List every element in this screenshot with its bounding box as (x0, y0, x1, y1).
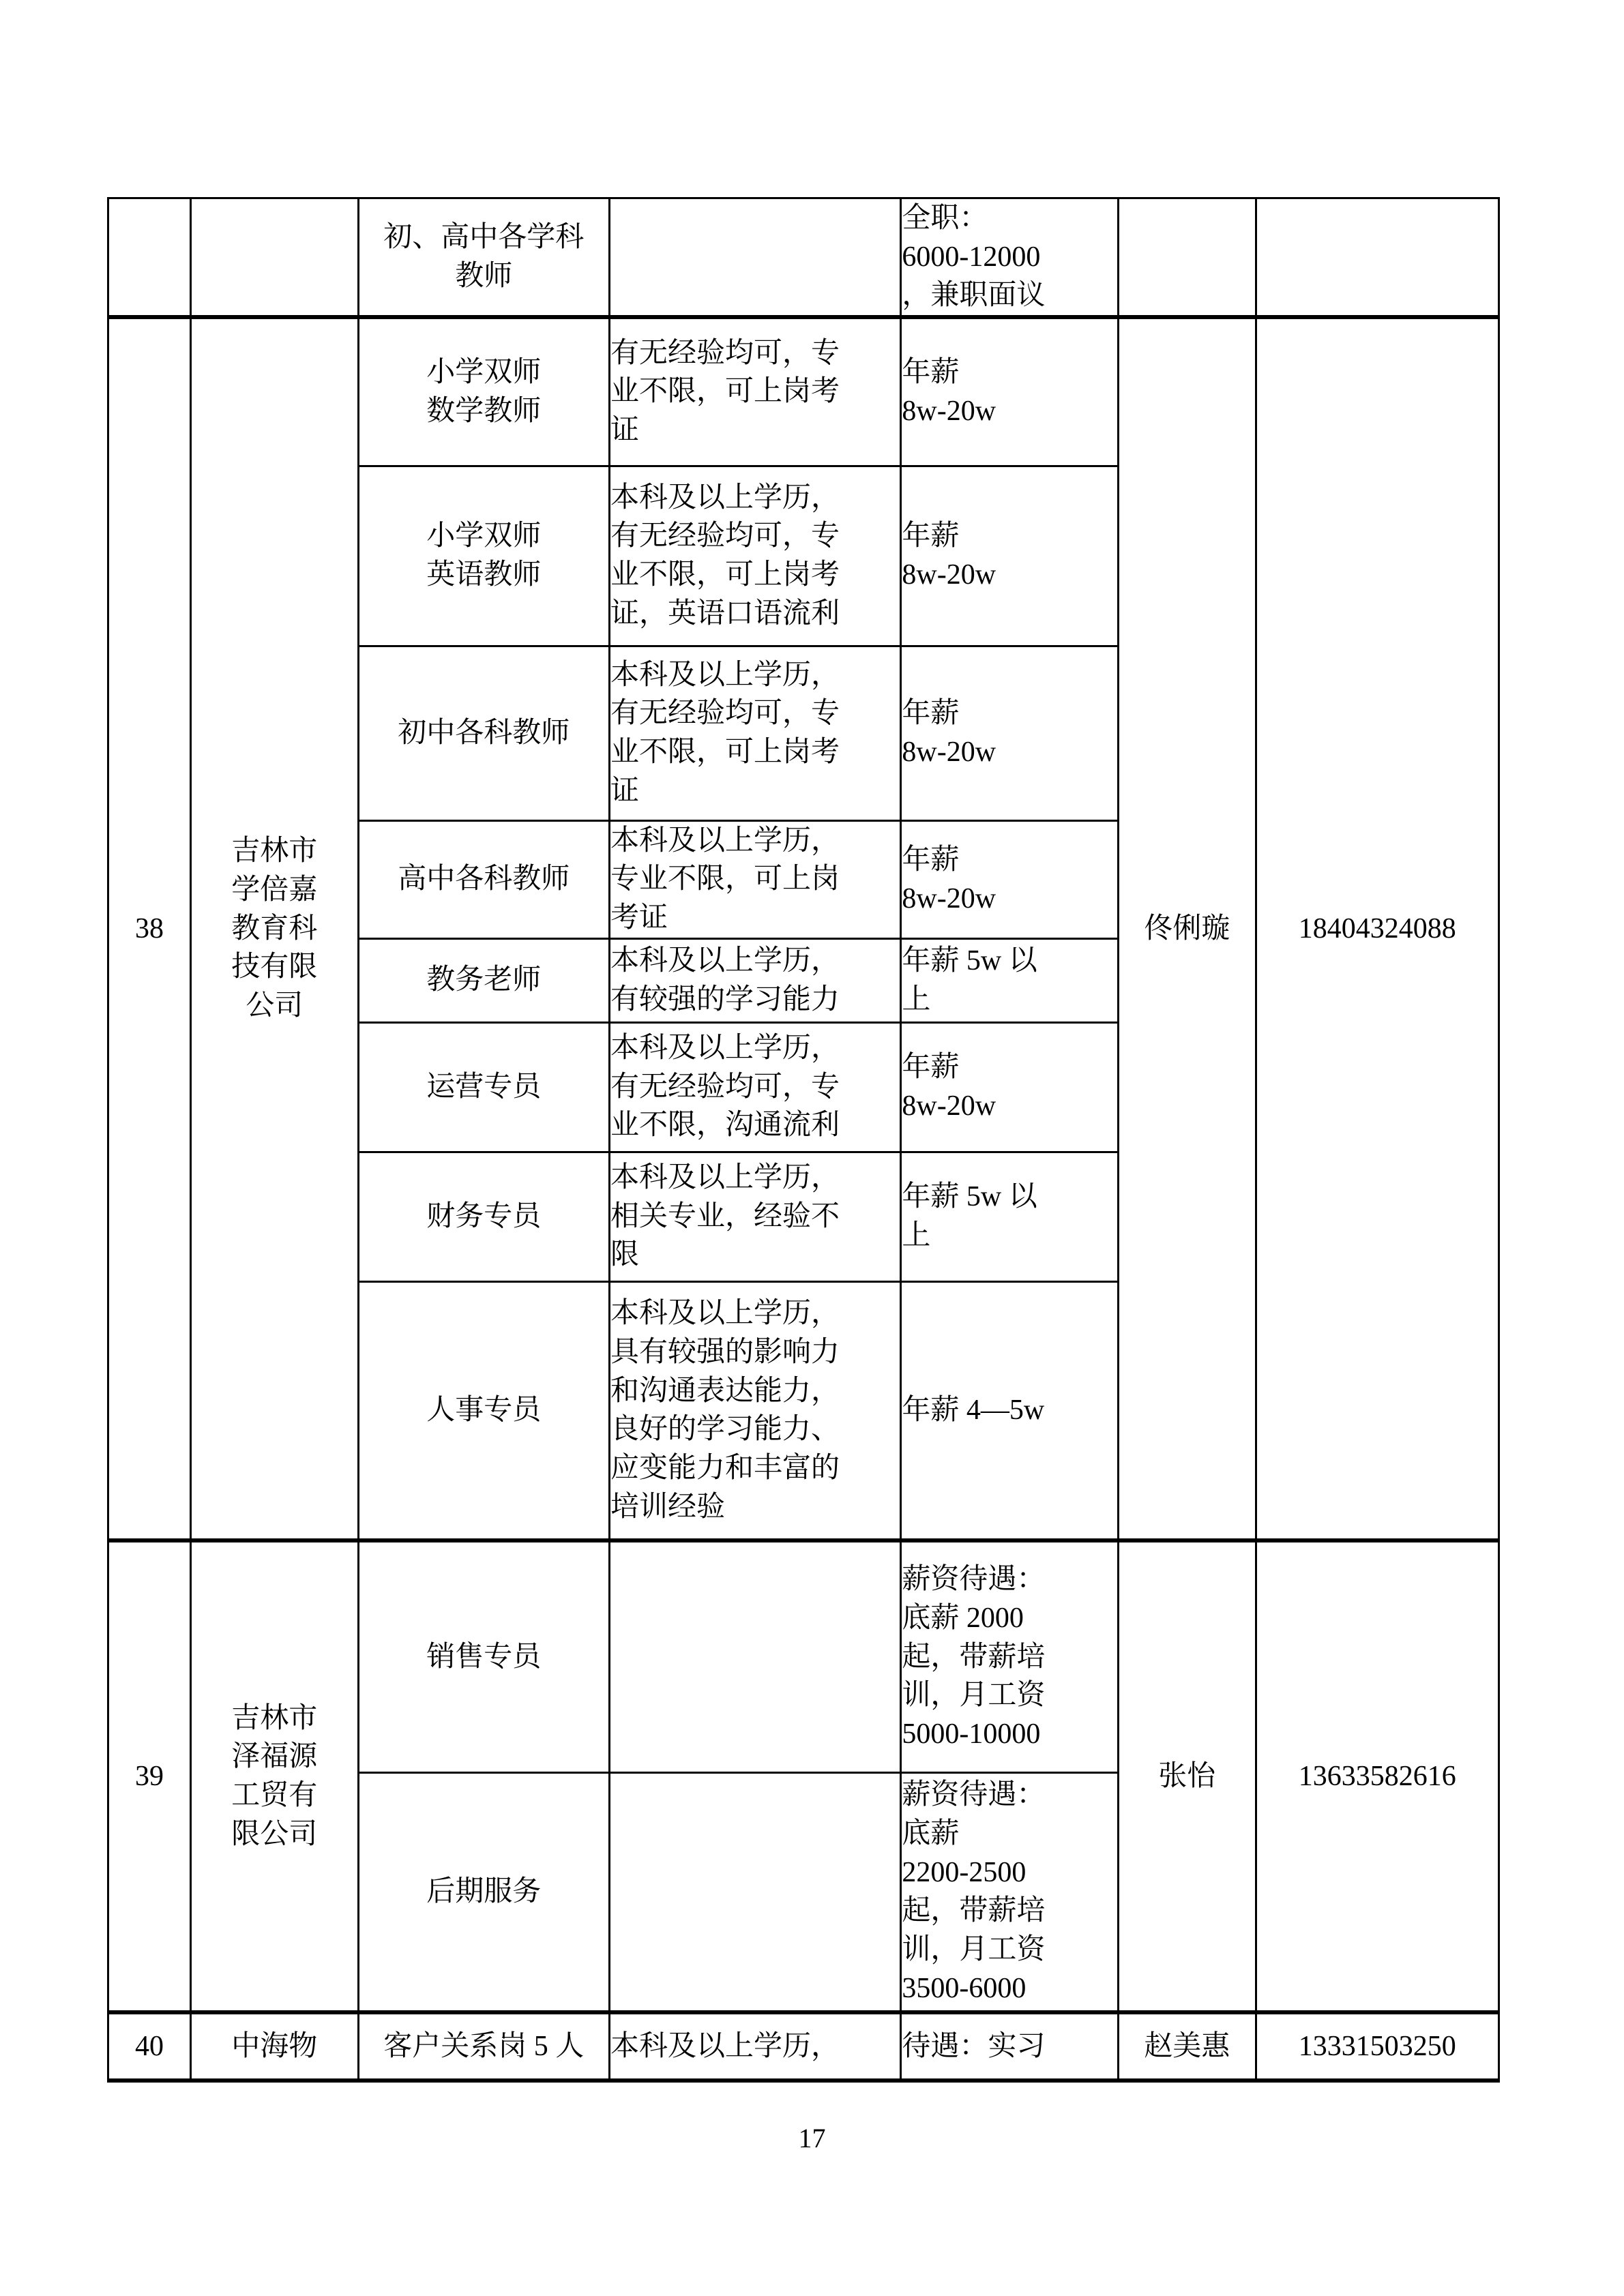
cell-salary: 年薪 5w 以 上 (901, 1152, 1118, 1281)
cell-position: 人事专员 (358, 1281, 609, 1540)
cell-requirements: 有无经验均可，专 业不限，可上岗考 证 (610, 317, 901, 466)
cell-salary: 年薪 8w-20w (901, 646, 1118, 820)
cell-contact: 张怡 (1118, 1540, 1256, 2012)
cell-contact: 赵美惠 (1118, 2012, 1256, 2081)
cell-position: 小学双师 英语教师 (358, 466, 609, 646)
cell-requirements: 本科及以上学历， 有较强的学习能力 (610, 938, 901, 1022)
cell-contact (1118, 198, 1256, 318)
block-40: 40 中海物 客户关系岗 5 人 本科及以上学历， 待遇：实习 赵美惠 1333… (108, 2012, 1499, 2081)
cell-salary: 年薪 8w-20w (901, 1022, 1118, 1152)
cell-company: 吉林市 学倍嘉 教育科 技有限 公司 (190, 317, 358, 1540)
cell-position: 高中各科教师 (358, 820, 609, 938)
cell-salary: 薪资待遇： 底薪 2200-2500 起，带薪培 训，月工资 3500-6000 (901, 1772, 1118, 2012)
cell-requirements: 本科及以上学历， 相关专业，经验不 限 (610, 1152, 901, 1281)
cell-requirements: 本科及以上学历， 有无经验均可，专 业不限，可上岗考 证，英语口语流利 (610, 466, 901, 646)
cell-salary: 年薪 8w-20w (901, 466, 1118, 646)
block-38: 38 吉林市 学倍嘉 教育科 技有限 公司 小学双师 数学教师 有无经验均可，专… (108, 317, 1499, 1540)
cell-salary: 薪资待遇： 底薪 2000 起，带薪培 训，月工资 5000-10000 (901, 1540, 1118, 1772)
cell-requirements: 本科及以上学历， 有无经验均可，专 业不限，沟通流利 (610, 1022, 901, 1152)
cell-salary: 全职： 6000-12000 ，兼职面议 (901, 198, 1118, 318)
page-number: 17 (0, 2122, 1624, 2154)
cell-number: 40 (108, 2012, 191, 2081)
cell-position: 后期服务 (358, 1772, 609, 2012)
cell-requirements (610, 1540, 901, 1772)
cell-contact: 佟俐璇 (1118, 317, 1256, 1540)
cell-company (190, 198, 358, 318)
cell-requirements (610, 1772, 901, 2012)
cell-number (108, 198, 191, 318)
block-39: 39 吉林市 泽福源 工贸有 限公司 销售专员 薪资待遇： 底薪 2000 起，… (108, 1540, 1499, 2012)
table-row: 40 中海物 客户关系岗 5 人 本科及以上学历， 待遇：实习 赵美惠 1333… (108, 2012, 1499, 2081)
cell-requirements: 本科及以上学历， (610, 2012, 901, 2081)
cell-position: 小学双师 数学教师 (358, 317, 609, 466)
cell-requirements: 本科及以上学历， 专业不限，可上岗 考证 (610, 820, 901, 938)
cell-requirements (610, 198, 901, 318)
cell-position: 财务专员 (358, 1152, 609, 1281)
cell-number: 38 (108, 317, 191, 1540)
cell-phone: 18404324088 (1256, 317, 1498, 1540)
table-row: 初、高中各学科 教师 全职： 6000-12000 ，兼职面议 (108, 198, 1499, 318)
table-row: 38 吉林市 学倍嘉 教育科 技有限 公司 小学双师 数学教师 有无经验均可，专… (108, 317, 1499, 466)
cell-salary: 待遇：实习 (901, 2012, 1118, 2081)
job-table: 初、高中各学科 教师 全职： 6000-12000 ，兼职面议 38 吉林市 学… (107, 197, 1500, 2083)
table-row: 39 吉林市 泽福源 工贸有 限公司 销售专员 薪资待遇： 底薪 2000 起，… (108, 1540, 1499, 1772)
cell-company: 吉林市 泽福源 工贸有 限公司 (190, 1540, 358, 2012)
cell-requirements: 本科及以上学历， 具有较强的影响力 和沟通表达能力， 良好的学习能力、 应变能力… (610, 1281, 901, 1540)
document-page: 初、高中各学科 教师 全职： 6000-12000 ，兼职面议 38 吉林市 学… (0, 0, 1624, 2296)
cell-position: 教务老师 (358, 938, 609, 1022)
cell-position: 销售专员 (358, 1540, 609, 1772)
cell-company: 中海物 (190, 2012, 358, 2081)
cell-position: 初中各科教师 (358, 646, 609, 820)
cell-position: 客户关系岗 5 人 (358, 2012, 609, 2081)
block-continuation: 初、高中各学科 教师 全职： 6000-12000 ，兼职面议 (108, 198, 1499, 318)
cell-phone (1256, 198, 1498, 318)
cell-position: 初、高中各学科 教师 (358, 198, 609, 318)
cell-requirements: 本科及以上学历， 有无经验均可，专 业不限，可上岗考 证 (610, 646, 901, 820)
cell-salary: 年薪 8w-20w (901, 317, 1118, 466)
cell-position: 运营专员 (358, 1022, 609, 1152)
cell-salary: 年薪 5w 以 上 (901, 938, 1118, 1022)
cell-phone: 13331503250 (1256, 2012, 1498, 2081)
cell-number: 39 (108, 1540, 191, 2012)
cell-phone: 13633582616 (1256, 1540, 1498, 2012)
cell-salary: 年薪 4—5w (901, 1281, 1118, 1540)
cell-salary: 年薪 8w-20w (901, 820, 1118, 938)
